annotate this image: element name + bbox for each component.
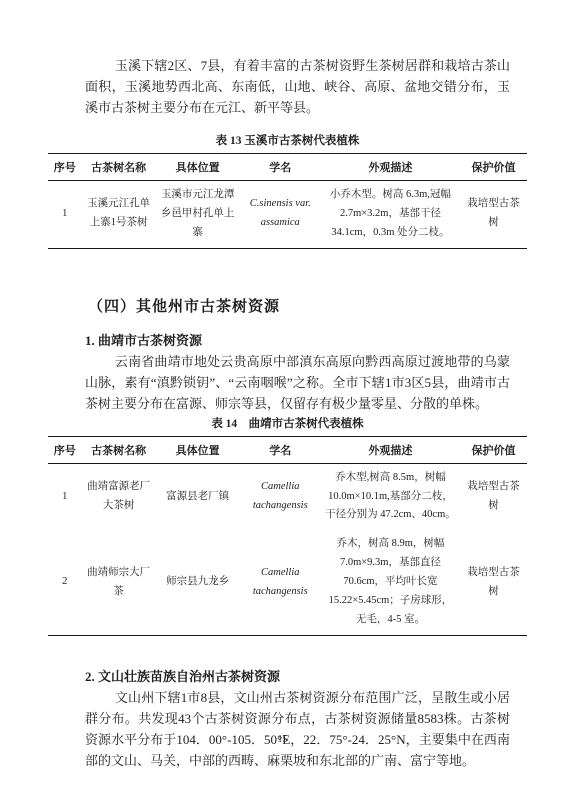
cell-no: 1 bbox=[48, 463, 82, 530]
table14-header-name: 古茶树名称 bbox=[82, 436, 156, 463]
cell-value: 栽培型古茶树 bbox=[460, 530, 527, 635]
section-heading-other-prefectures: （四）其他州市古茶树资源 bbox=[88, 295, 510, 316]
table-row: 1 曲靖富源老厂大茶树 富源县老厂镇 Camellia tachangensis… bbox=[48, 463, 527, 530]
paragraph-qujing-intro: 云南省曲靖市地处云贵高原中部滇东高原向黔西高原过渡地带的乌蒙山脉，素有“滇黔锁钥… bbox=[85, 351, 510, 414]
table13-header-value: 保护价值 bbox=[460, 154, 527, 181]
latin-name: Camellia tachangensis bbox=[253, 481, 308, 511]
table13-header-row: 序号 古茶树名称 具体位置 学名 外观描述 保护价值 bbox=[48, 154, 527, 181]
cell-description: 乔木型,树高 8.5m，树幅 10.0m×10.1m,基部分二枝，干径分别为 4… bbox=[321, 463, 460, 530]
cell-name: 曲靖师宗大厂茶 bbox=[82, 530, 156, 635]
cell-no: 1 bbox=[48, 181, 82, 249]
cell-location: 富源县老厂镇 bbox=[156, 463, 240, 530]
table14-header-latin: 学名 bbox=[240, 436, 321, 463]
sub-heading-qujing: 1. 曲靖市古茶树资源 bbox=[85, 330, 510, 349]
cell-no: 2 bbox=[48, 530, 82, 635]
table14-header-location: 具体位置 bbox=[156, 436, 240, 463]
cell-latin: Camellia tachangensis bbox=[240, 530, 321, 635]
cell-value: 栽培型古茶树 bbox=[460, 181, 527, 249]
cell-name: 玉溪元江孔单上寨1号茶树 bbox=[82, 181, 156, 249]
table13-caption: 表 13 玉溪市古茶树代表植株 bbox=[40, 132, 535, 148]
table13-header-location: 具体位置 bbox=[156, 154, 240, 181]
latin-name: C.sinensis var. assamica bbox=[250, 198, 311, 228]
table14-header-value: 保护价值 bbox=[460, 436, 527, 463]
latin-name: Camellia tachangensis bbox=[253, 567, 308, 597]
cell-description: 乔木，树高 8.9m，树幅 7.0m×9.3m，基部直径 70.6cm，平均叶长… bbox=[321, 530, 460, 635]
table13-header-description: 外观描述 bbox=[321, 154, 460, 181]
cell-latin: Camellia tachangensis bbox=[240, 463, 321, 530]
paragraph-wenshan-intro: 文山州下辖1市8县，文山州古茶树资源分布范围广泛，呈散生或小居群分布。共发现43… bbox=[85, 687, 510, 771]
cell-location: 玉溪市元江龙潭乡邑甲村孔单上寨 bbox=[156, 181, 240, 249]
table13-header-no: 序号 bbox=[48, 154, 82, 181]
table13-header-latin: 学名 bbox=[240, 154, 321, 181]
page-number: 15 bbox=[0, 734, 565, 745]
table14-header-description: 外观描述 bbox=[321, 436, 460, 463]
cell-value: 栽培型古茶树 bbox=[460, 463, 527, 530]
table-row: 1 玉溪元江孔单上寨1号茶树 玉溪市元江龙潭乡邑甲村孔单上寨 C.sinensi… bbox=[48, 181, 527, 249]
sub-heading-wenshan: 2. 文山壮族苗族自治州古茶树资源 bbox=[85, 666, 510, 685]
table13-yuxi-representative-trees: 序号 古茶树名称 具体位置 学名 外观描述 保护价值 1 玉溪元江孔单上寨1号茶… bbox=[48, 153, 527, 249]
table-row: 2 曲靖师宗大厂茶 师宗县九龙乡 Camellia tachangensis 乔… bbox=[48, 530, 527, 635]
table14-header-no: 序号 bbox=[48, 436, 82, 463]
cell-latin: C.sinensis var. assamica bbox=[240, 181, 321, 249]
cell-location: 师宗县九龙乡 bbox=[156, 530, 240, 635]
table14-caption: 表 14 曲靖市古茶树代表植株 bbox=[40, 415, 535, 431]
paragraph-yuxi-intro: 玉溪下辖2区、7县，有着丰富的古茶树资野生茶树居群和栽培古茶山面积，玉溪地势西北… bbox=[85, 55, 510, 118]
cell-description: 小乔木型。树高 6.3m,冠幅 2.7m×3.2m，基部干径 34.1cm，0.… bbox=[321, 181, 460, 249]
cell-name: 曲靖富源老厂大茶树 bbox=[82, 463, 156, 530]
table14-qujing-representative-trees: 序号 古茶树名称 具体位置 学名 外观描述 保护价值 1 曲靖富源老厂大茶树 富… bbox=[48, 436, 527, 636]
table14-header-row: 序号 古茶树名称 具体位置 学名 外观描述 保护价值 bbox=[48, 436, 527, 463]
table13-header-name: 古茶树名称 bbox=[82, 154, 156, 181]
document-page: 玉溪下辖2区、7县，有着丰富的古茶树资野生茶树居群和栽培古茶山面积，玉溪地势西北… bbox=[0, 0, 565, 800]
